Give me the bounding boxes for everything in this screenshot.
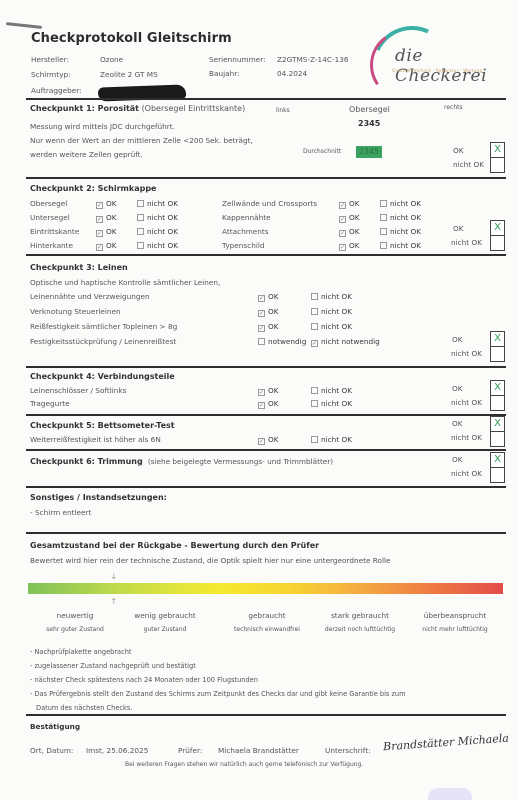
cp6-subtitle: (siehe beigelegte Vermessungs- und Trimm… bbox=[148, 457, 333, 466]
cp2-left-item-ok-option[interactable]: ✓OK bbox=[96, 227, 117, 237]
overall-note: Datum des nächsten Checks. bbox=[36, 704, 132, 712]
cp6-title: Checkpunkt 6: Trimmung bbox=[30, 457, 143, 466]
overall-note: - zugelassener Zustand nachgeprüft und b… bbox=[30, 662, 196, 670]
divider bbox=[26, 366, 506, 368]
cp2-result-ok-box[interactable]: X bbox=[490, 220, 505, 236]
overall-note: - Das Prüfergebnis stellt den Zustand de… bbox=[30, 690, 406, 698]
confirm-place-label: Ort, Datum: bbox=[30, 746, 73, 755]
cp3-item-label: Festigkeitsstückprüfung / Leinenreißtest bbox=[30, 337, 176, 346]
ok-label: OK bbox=[106, 241, 117, 250]
cp1-result-nok-box[interactable] bbox=[490, 157, 505, 173]
cp2-left-item-nok-option[interactable]: nicht OK bbox=[137, 213, 178, 222]
cp6-result-ok-label: OK bbox=[452, 455, 463, 464]
cp3-item-nok-option[interactable]: ✓nicht notwendig bbox=[311, 337, 380, 347]
cp1-avg-label: Durchschnitt bbox=[303, 148, 341, 155]
cp1-title: Checkpunkt 1: Porosität bbox=[30, 104, 139, 113]
checkbox-ok[interactable]: ✓ bbox=[258, 325, 265, 332]
cp3-result-ok-label: OK bbox=[452, 335, 463, 344]
misc-title: Sonstiges / Instandsetzungen: bbox=[30, 493, 167, 502]
cp5-item-label: Weiterreißfestigkeit ist höher als 6N bbox=[30, 435, 161, 444]
value-seriennummer: Z2GTMS-Z-14C-136 bbox=[277, 55, 349, 64]
divider bbox=[26, 177, 506, 179]
cp5-item-nok-option[interactable]: nicht OK bbox=[311, 435, 352, 444]
ok-label: OK bbox=[349, 213, 360, 222]
misc-line-1: - Schirm entleert bbox=[30, 508, 91, 517]
value-baujahr: 04.2024 bbox=[277, 69, 307, 78]
cp4-item-nok-option[interactable]: nicht OK bbox=[311, 399, 352, 408]
checkbox-ok[interactable]: ✓ bbox=[339, 216, 346, 223]
cp3-item-label: Verknotung Steuerleinen bbox=[30, 307, 121, 316]
signature: Brandstätter Michaela bbox=[383, 732, 510, 754]
cp1-line-1: Messung wird mittels JDC durchgeführt. bbox=[30, 122, 175, 131]
cp6-result-nok-label: nicht OK bbox=[451, 469, 482, 478]
divider bbox=[26, 486, 506, 488]
checkbox-nok[interactable] bbox=[137, 200, 144, 207]
cp2-right-item-nok-option[interactable]: nicht OK bbox=[380, 241, 421, 250]
cp4-result-nok-label: nicht OK bbox=[451, 398, 482, 407]
cp5-result-ok-label: OK bbox=[452, 419, 463, 428]
cp2-result-ok-label: OK bbox=[453, 224, 464, 233]
cp1-col-links: links bbox=[276, 107, 290, 114]
nok-label: nicht OK bbox=[321, 399, 352, 408]
overall-subtitle: Bewertet wird hier rein der technische Z… bbox=[30, 556, 391, 565]
divider bbox=[26, 254, 506, 256]
cp1-result-nok-label: nicht OK bbox=[453, 160, 484, 169]
cp2-left-item-nok-option[interactable]: nicht OK bbox=[137, 199, 178, 208]
label-baujahr: Baujahr: bbox=[209, 69, 240, 78]
cp1-result-ok-box[interactable]: X bbox=[490, 142, 505, 158]
nok-label: nicht OK bbox=[390, 213, 421, 222]
ok-label: OK bbox=[349, 241, 360, 250]
cp2-left-item-label: Eintrittskante bbox=[30, 227, 79, 236]
nok-label: nicht OK bbox=[390, 241, 421, 250]
cp6-result-ok-box[interactable]: X bbox=[490, 452, 505, 468]
cp3-result-ok-box[interactable]: X bbox=[490, 331, 505, 347]
cp2-left-item-label: Untersegel bbox=[30, 213, 70, 222]
cp2-right-item-ok-option[interactable]: ✓OK bbox=[339, 213, 360, 223]
cp3-title: Checkpunkt 3: Leinen bbox=[30, 263, 128, 272]
checkbox-ok[interactable]: ✓ bbox=[339, 230, 346, 237]
ok-label: OK bbox=[268, 435, 279, 444]
label-schirmtyp: Schirmtyp: bbox=[31, 70, 71, 79]
cp5-result-ok-box[interactable]: X bbox=[490, 416, 505, 432]
checkbox-nok[interactable] bbox=[311, 436, 318, 443]
checkbox-nok[interactable] bbox=[380, 214, 387, 221]
cp2-right-item-label: Typenschild bbox=[222, 241, 265, 250]
divider bbox=[26, 414, 506, 416]
overall-title: Gesamtzustand bei der Rückgabe - Bewertu… bbox=[30, 541, 319, 550]
checkbox-nok[interactable] bbox=[137, 242, 144, 249]
divider bbox=[26, 532, 506, 534]
nok-label: nicht OK bbox=[390, 199, 421, 208]
cp2-left-item-ok-option[interactable]: ✓OK bbox=[96, 199, 117, 209]
checkbox-nok[interactable] bbox=[311, 400, 318, 407]
checkbox-nok[interactable] bbox=[137, 214, 144, 221]
cp2-right-item-label: Zellwände und Crossports bbox=[222, 199, 317, 208]
cp5-title: Checkpunkt 5: Bettsometer-Test bbox=[30, 421, 175, 430]
overall-note: - Nachprüfplakette angebracht bbox=[30, 648, 131, 656]
value-schirmtyp: Zeolite 2 GT MS bbox=[100, 70, 158, 79]
cp3-item-ok-option[interactable]: ✓OK bbox=[258, 322, 279, 332]
cp2-right-item-ok-option[interactable]: ✓OK bbox=[339, 241, 360, 251]
checkbox-ok[interactable]: ✓ bbox=[96, 230, 103, 237]
checkbox-ok[interactable]: ✓ bbox=[339, 244, 346, 251]
checkbox-nok[interactable] bbox=[311, 387, 318, 394]
cp3-result-nok-box[interactable] bbox=[490, 346, 505, 362]
ok-label: OK bbox=[268, 322, 279, 331]
checkprotokoll-document: Checkprotokoll Gleitschirm Hersteller: O… bbox=[0, 0, 517, 800]
pen-mark bbox=[6, 22, 42, 29]
cp4-result-ok-label: OK bbox=[452, 384, 463, 393]
cp2-left-item-nok-option[interactable]: nicht OK bbox=[137, 241, 178, 250]
cp1-avg-value: 2345 bbox=[356, 146, 382, 158]
checkbox-ok[interactable]: ✓ bbox=[258, 389, 265, 396]
nok-label: nicht OK bbox=[147, 227, 178, 236]
cp1-line-2: Nur wenn der Wert an der mittleren Zelle… bbox=[30, 136, 253, 145]
cp2-right-item-nok-option[interactable]: nicht OK bbox=[380, 199, 421, 208]
nok-label: nicht OK bbox=[147, 241, 178, 250]
cp4-result-ok-box[interactable]: X bbox=[490, 380, 505, 396]
cp4-item-label: Tragegurte bbox=[30, 399, 70, 408]
cp2-left-item-ok-option[interactable]: ✓OK bbox=[96, 241, 117, 251]
ok-label: OK bbox=[106, 227, 117, 236]
cp4-item-label: Leinenschlösser / Softlinks bbox=[30, 386, 126, 395]
cp2-right-item-label: Kappennähte bbox=[222, 213, 271, 222]
divider bbox=[26, 714, 506, 716]
divider bbox=[26, 98, 506, 100]
checkbox-ok[interactable]: ✓ bbox=[258, 402, 265, 409]
cp2-right-item-label: Attachments bbox=[222, 227, 269, 236]
cp4-title: Checkpunkt 4: Verbindungsteile bbox=[30, 372, 175, 381]
scale-category-label: gebraucht bbox=[217, 611, 317, 620]
cp1-result-ok-label: OK bbox=[453, 146, 464, 155]
cp2-right-item-nok-option[interactable]: nicht OK bbox=[380, 227, 421, 236]
cp3-intro: Optische und haptische Kontrolle sämtlic… bbox=[30, 278, 220, 287]
cp2-title: Checkpunkt 2: Schirmkappe bbox=[30, 184, 156, 193]
cp2-right-item-ok-option[interactable]: ✓OK bbox=[339, 199, 360, 209]
cp4-item-ok-option[interactable]: ✓OK bbox=[258, 386, 279, 396]
confirm-place-value: Imst, 25.06.2025 bbox=[86, 746, 148, 755]
scale-category-label: stark gebraucht bbox=[310, 611, 410, 620]
confirm-signature-label: Unterschrift: bbox=[325, 746, 371, 755]
marker-up-arrow-icon: ↑ bbox=[111, 597, 118, 606]
cp5-result-nok-box[interactable] bbox=[490, 431, 505, 447]
scale-category-label: überbeansprucht bbox=[405, 611, 505, 620]
checkbox-nok[interactable] bbox=[380, 242, 387, 249]
checkbox-ok[interactable]: ✓ bbox=[96, 216, 103, 223]
nok-label: nicht OK bbox=[321, 435, 352, 444]
nok-label: nicht OK bbox=[321, 292, 352, 301]
nok-label: nicht notwendig bbox=[321, 337, 380, 346]
condition-scale-bar bbox=[28, 583, 503, 594]
cp4-result-nok-box[interactable] bbox=[490, 395, 505, 411]
checkbox-ok[interactable]: ✓ bbox=[96, 202, 103, 209]
cp1-subtitle: (Obersegel Eintrittskante) bbox=[142, 104, 246, 113]
cp6-result-nok-box[interactable] bbox=[490, 467, 505, 483]
checkbox-nok[interactable] bbox=[311, 293, 318, 300]
nok-label: nicht OK bbox=[321, 307, 352, 316]
cp3-item-ok-option[interactable]: ✓OK bbox=[258, 307, 279, 317]
checkbox-nok[interactable] bbox=[380, 228, 387, 235]
value-hersteller: Ozone bbox=[100, 55, 123, 64]
confirm-examiner-value: Michaela Brandstätter bbox=[218, 746, 299, 755]
confirm-examiner-label: Prüfer: bbox=[178, 746, 202, 755]
ok-label: OK bbox=[268, 399, 279, 408]
ok-label: OK bbox=[268, 292, 279, 301]
cp2-result-nok-label: nicht OK bbox=[451, 238, 482, 247]
ok-label: OK bbox=[106, 213, 117, 222]
scale-category-sub: guter Zustand bbox=[115, 626, 215, 633]
document-title: Checkprotokoll Gleitschirm bbox=[31, 31, 232, 46]
label-hersteller: Hersteller: bbox=[31, 55, 69, 64]
cp2-right-item-nok-option[interactable]: nicht OK bbox=[380, 213, 421, 222]
cp6-heading: Checkpunkt 6: Trimmung (siehe beigelegte… bbox=[30, 457, 333, 466]
ok-label: notwendig bbox=[268, 337, 306, 346]
ok-label: OK bbox=[268, 307, 279, 316]
logo-subtitle: Gleitschirmcheck · Reparatur · Wartung bbox=[392, 68, 482, 73]
nok-label: nicht OK bbox=[321, 386, 352, 395]
cp3-item-ok-option[interactable]: ✓OK bbox=[258, 292, 279, 302]
checkbox-ok[interactable]: ✓ bbox=[258, 295, 265, 302]
scale-category-label: neuwertig bbox=[25, 611, 125, 620]
cp4-item-nok-option[interactable]: nicht OK bbox=[311, 386, 352, 395]
confirm-footer: Bei weiteren Fragen stehen wir natürlich… bbox=[125, 761, 363, 768]
scale-category-sub: sehr guter Zustand bbox=[25, 626, 125, 633]
marker-down-arrow-icon: ↓ bbox=[111, 572, 118, 581]
ok-label: OK bbox=[349, 227, 360, 236]
checkbox-nok[interactable] bbox=[311, 308, 318, 315]
nok-label: nicht OK bbox=[147, 213, 178, 222]
label-seriennummer: Seriennummer: bbox=[209, 55, 266, 64]
cp1-heading: Checkpunkt 1: Porosität (Obersegel Eintr… bbox=[30, 104, 245, 113]
nok-label: nicht OK bbox=[147, 199, 178, 208]
cp1-col-obersegel: Obersegel bbox=[349, 105, 390, 114]
ok-label: OK bbox=[349, 199, 360, 208]
cp2-left-item-label: Hinterkante bbox=[30, 241, 73, 250]
cp3-item-nok-option[interactable]: nicht OK bbox=[311, 307, 352, 316]
cp3-item-label: Reißfestigkeit sämtlicher Topleinen > 8g bbox=[30, 322, 177, 331]
scale-category-sub: technisch einwandfrei bbox=[217, 626, 317, 633]
cp2-right-item-ok-option[interactable]: ✓OK bbox=[339, 227, 360, 237]
cp2-left-item-nok-option[interactable]: nicht OK bbox=[137, 227, 178, 236]
checkbox-ok[interactable] bbox=[258, 338, 265, 345]
checkbox-ok[interactable]: ✓ bbox=[258, 438, 265, 445]
nok-label: nicht OK bbox=[390, 227, 421, 236]
checkbox-ok[interactable]: ✓ bbox=[339, 202, 346, 209]
cp5-item-ok-option[interactable]: ✓OK bbox=[258, 435, 279, 445]
checkbox-ok[interactable]: ✓ bbox=[96, 244, 103, 251]
ok-label: OK bbox=[268, 386, 279, 395]
cp4-item-ok-option[interactable]: ✓OK bbox=[258, 399, 279, 409]
overall-note: - nächster Check spätestens nach 24 Mona… bbox=[30, 676, 258, 684]
cp3-result-nok-label: nicht OK bbox=[451, 349, 482, 358]
cp3-item-nok-option[interactable]: nicht OK bbox=[311, 322, 352, 331]
cp3-item-nok-option[interactable]: nicht OK bbox=[311, 292, 352, 301]
nok-label: nicht OK bbox=[321, 322, 352, 331]
label-auftraggeber: Auftraggeber: bbox=[31, 86, 82, 95]
cp1-line-3: werden weitere Zellen geprüft. bbox=[30, 150, 143, 159]
scale-category-sub: nicht mehr lufttüchtig bbox=[405, 626, 505, 633]
confirm-title: Bestätigung bbox=[30, 722, 80, 731]
cp2-left-item-ok-option[interactable]: ✓OK bbox=[96, 213, 117, 223]
cp2-left-item-label: Obersegel bbox=[30, 199, 67, 208]
cp3-item-label: Leinennähte und Verzweigungen bbox=[30, 292, 150, 301]
checkbox-ok[interactable]: ✓ bbox=[258, 310, 265, 317]
cp2-result-nok-box[interactable] bbox=[490, 235, 505, 251]
scale-category-label: wenig gebraucht bbox=[115, 611, 215, 620]
cp3-item-ok-option[interactable]: notwendig bbox=[258, 337, 306, 346]
checkbox-nok[interactable] bbox=[137, 228, 144, 235]
checkbox-nok[interactable] bbox=[380, 200, 387, 207]
logo-name: die Checkerei bbox=[395, 46, 517, 86]
cp1-obersegel-value: 2345 bbox=[358, 119, 380, 128]
cp1-col-rechts: rechts bbox=[444, 104, 463, 111]
checkbox-nok[interactable]: ✓ bbox=[311, 340, 318, 347]
ok-label: OK bbox=[106, 199, 117, 208]
stamp-mark bbox=[428, 788, 472, 800]
cp5-result-nok-label: nicht OK bbox=[451, 433, 482, 442]
divider bbox=[26, 449, 506, 451]
checkbox-nok[interactable] bbox=[311, 323, 318, 330]
scale-category-sub: derzeit noch lufttüchtig bbox=[310, 626, 410, 633]
